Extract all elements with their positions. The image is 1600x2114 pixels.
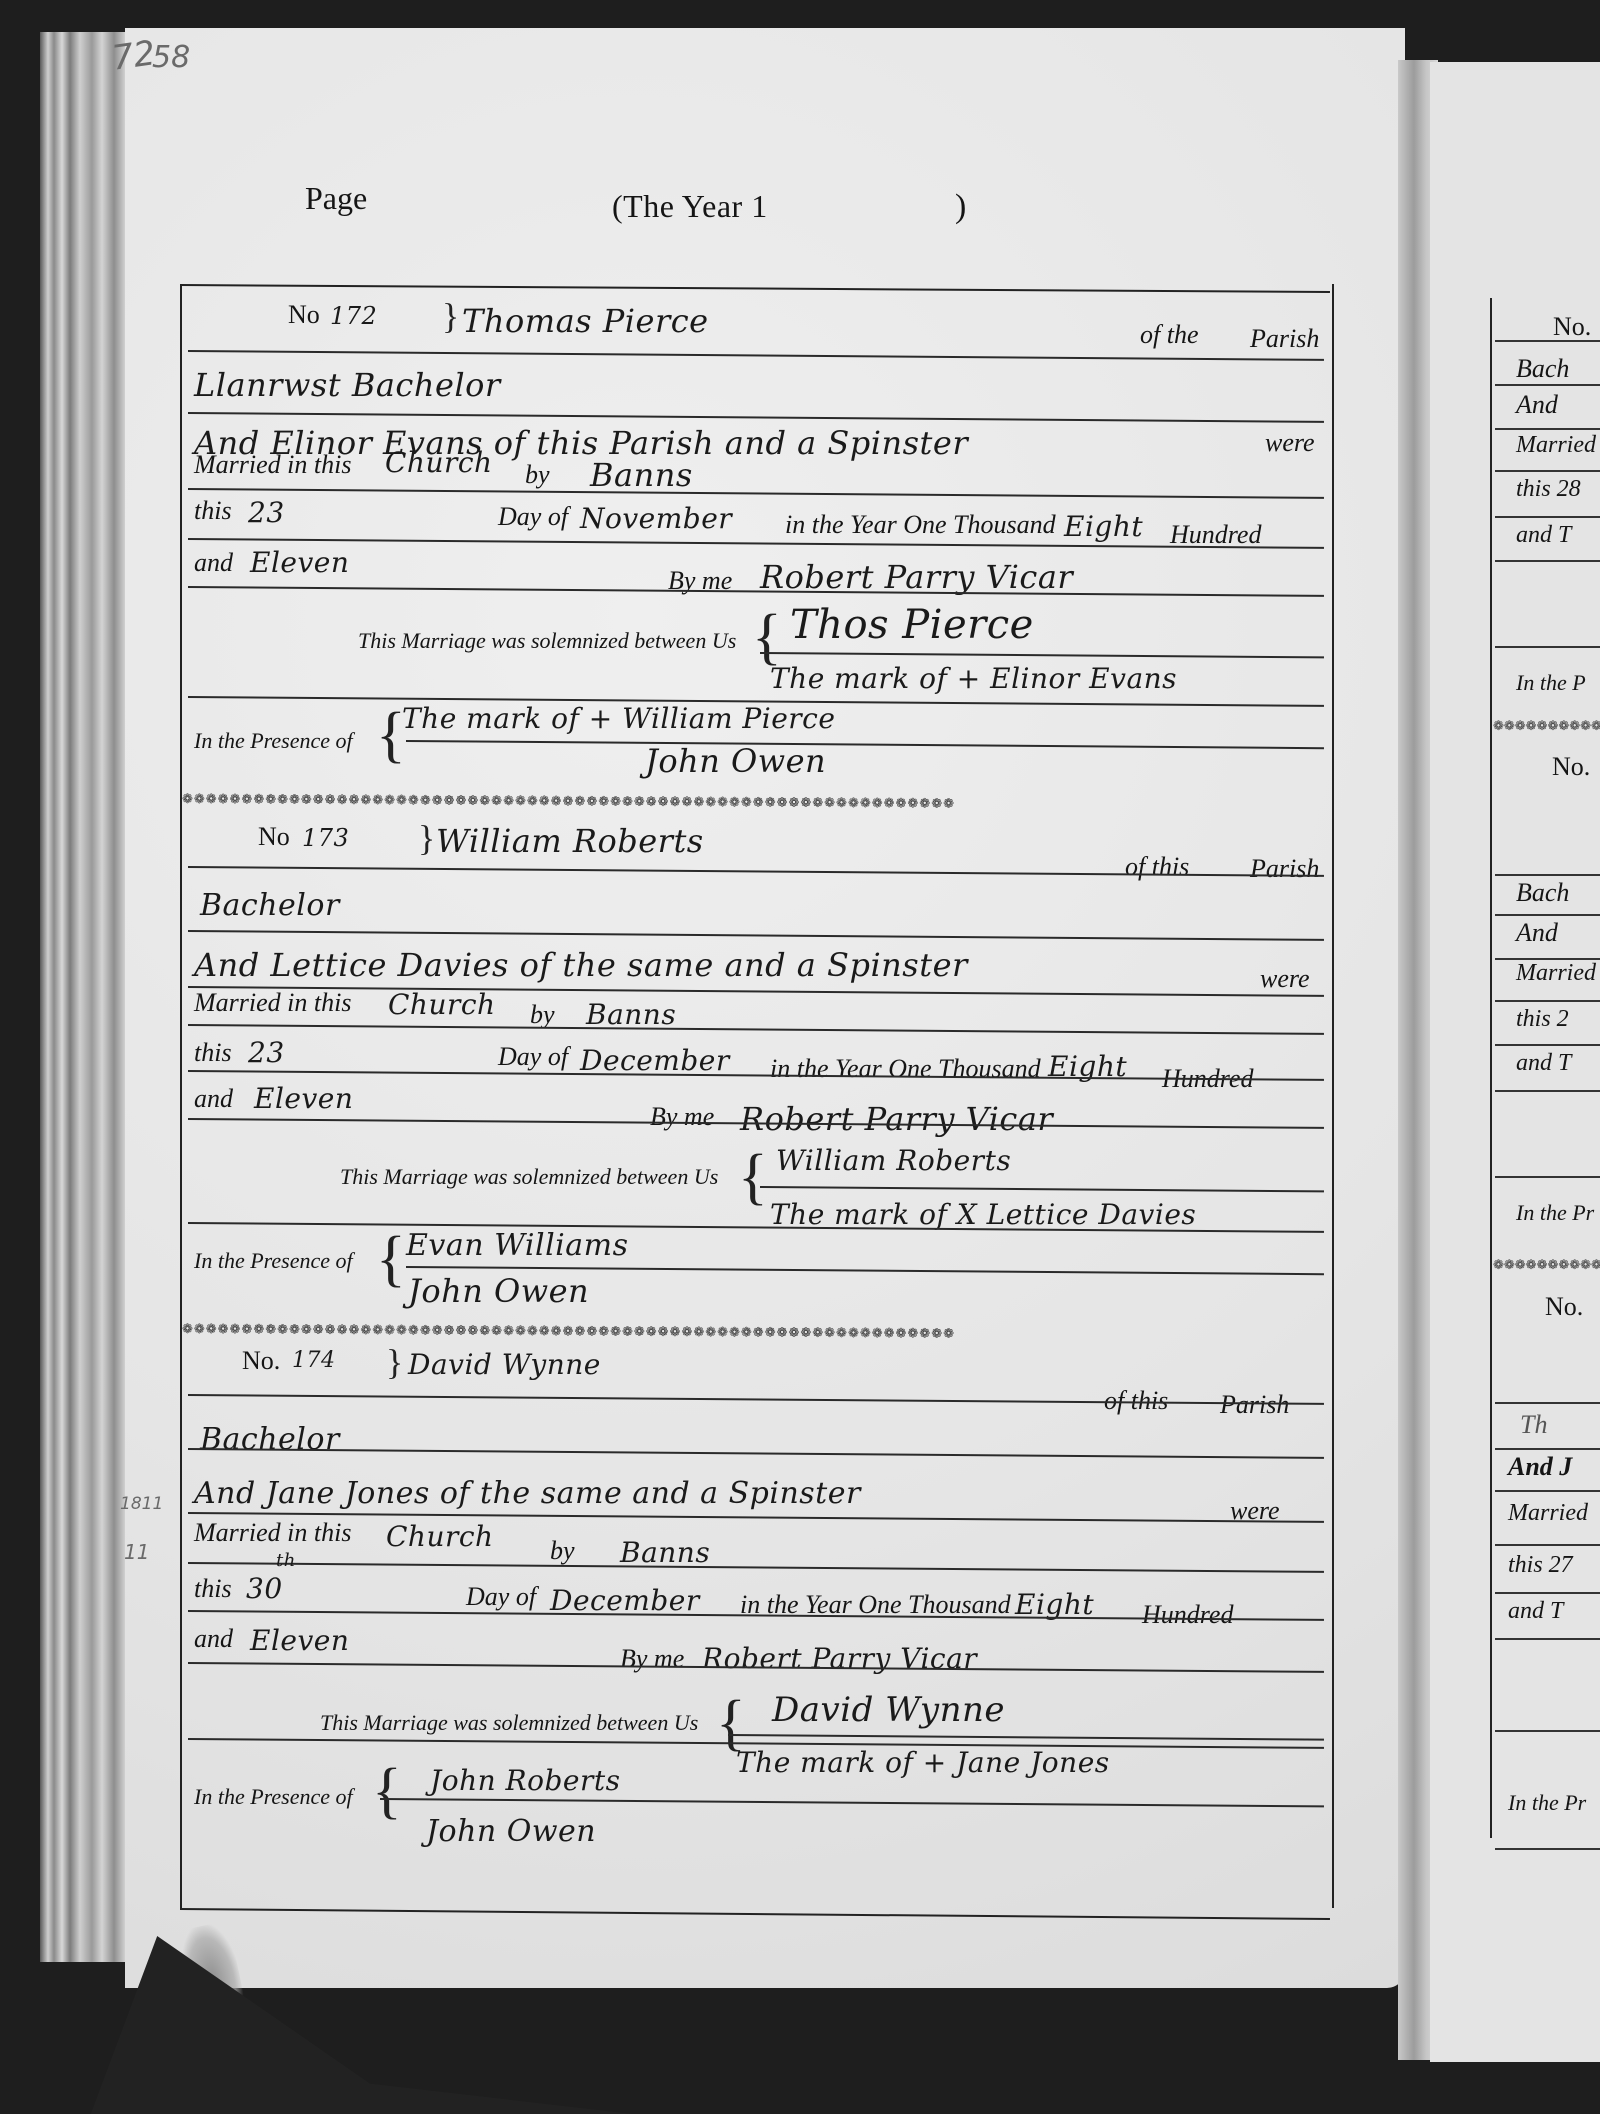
rule	[1495, 646, 1600, 648]
of-this-label: of this	[1125, 852, 1189, 882]
rule	[1495, 1638, 1600, 1640]
brace: }	[386, 1344, 403, 1380]
page-label: Page	[305, 180, 367, 217]
of-this-label: of the	[1140, 320, 1199, 350]
rule	[1495, 1176, 1600, 1178]
rule	[760, 652, 1324, 658]
facing-entry-and: and T	[1516, 522, 1571, 549]
entry-number: 174	[292, 1348, 336, 1373]
rule	[188, 1562, 1324, 1573]
this-label: this	[194, 1038, 232, 1068]
witness-1: John Roberts	[430, 1764, 621, 1797]
presence-label: In the Presence of	[194, 1784, 353, 1810]
by-me-label: By me	[650, 1102, 714, 1132]
rule	[188, 1448, 1324, 1459]
rule	[380, 1798, 1324, 1807]
rule	[1495, 1402, 1600, 1404]
rule	[406, 740, 1324, 749]
groom-name: William Roberts	[436, 822, 704, 860]
marriage-entry-173: No 173 } William Roberts of this Parish …	[180, 808, 1330, 1328]
day-of-label: Day of	[466, 1582, 536, 1612]
brace: {	[738, 1146, 768, 1208]
by-label: by	[530, 1000, 555, 1030]
facing-entry-presence: In the Pr	[1516, 1200, 1594, 1226]
rule	[1495, 1848, 1600, 1850]
rule	[1495, 428, 1600, 430]
facing-entry-married: Married	[1516, 432, 1596, 459]
this-label: this	[194, 1574, 232, 1604]
witness-1: The mark of + William Pierce	[402, 702, 835, 735]
brace: {	[376, 1228, 406, 1290]
rule	[1495, 516, 1600, 518]
facing-entry-this: this 27	[1508, 1552, 1573, 1579]
signature-bride: The mark of X Lettice Davies	[770, 1198, 1196, 1231]
rule	[1495, 1592, 1600, 1594]
and-label: and	[194, 1084, 233, 1114]
rule	[1495, 1490, 1600, 1492]
solemnized-label: This Marriage was solemnized between Us	[320, 1710, 698, 1736]
rule	[188, 412, 1324, 423]
married-in-label: Married in this	[194, 450, 351, 480]
rule	[188, 1024, 1324, 1035]
rule	[1495, 560, 1600, 562]
presence-label: In the Presence of	[194, 1248, 353, 1274]
marriage-place: Church	[385, 446, 493, 479]
year-word: Eleven	[250, 546, 349, 579]
witness-1: Evan Williams	[406, 1228, 629, 1263]
year-phrase-label: in the Year One Thousand	[770, 1054, 1041, 1084]
witness-2: John Owen	[408, 1272, 589, 1310]
groom-name: Thomas Pierce	[462, 302, 709, 340]
rule	[188, 1070, 1324, 1081]
brace: }	[442, 298, 459, 334]
folio-pencil-note: 72	[109, 33, 157, 79]
marriage-place: Church	[386, 1520, 494, 1553]
signature-bride: The mark of + Jane Jones	[736, 1746, 1110, 1779]
facing-entry-line2: And	[1516, 918, 1558, 948]
facing-page-frame	[1490, 298, 1492, 1838]
rule	[1495, 1544, 1600, 1546]
entry-number: 172	[330, 302, 377, 330]
year-word: Eleven	[250, 1624, 349, 1657]
solemnized-label: This Marriage was solemnized between Us	[340, 1164, 718, 1190]
marriage-month: November	[580, 502, 732, 535]
rule	[1495, 340, 1600, 342]
entry-no-label: No	[288, 300, 320, 330]
groom-parish-status: Bachelor	[200, 888, 340, 923]
brace: {	[716, 1692, 746, 1754]
bride-line: And Jane Jones of the same and a Spinste…	[194, 1476, 861, 1511]
were-label: were	[1260, 964, 1310, 994]
year-margin-note: 1811	[120, 1494, 163, 1514]
marriage-entry-174: No. 174 } David Wynne of this Parish Bac…	[180, 1336, 1330, 1896]
and-label: and	[194, 1624, 233, 1654]
by-me-label: By me	[620, 1644, 684, 1674]
this-label: this	[194, 496, 232, 526]
officiant: Robert Parry Vicar	[740, 1100, 1053, 1138]
marriage-place: Church	[388, 988, 496, 1021]
signature-bride: The mark of + Elinor Evans	[770, 662, 1177, 695]
signature-groom: Thos Pierce	[790, 602, 1034, 648]
parish-label: Parish	[1250, 324, 1319, 354]
facing-entry-line1: Bach	[1516, 354, 1569, 384]
marriage-month: December	[580, 1044, 730, 1077]
facing-entry-line1: Th	[1520, 1410, 1547, 1440]
rule	[1495, 1730, 1600, 1732]
facing-entry-presence: In the P	[1516, 670, 1586, 696]
rule	[728, 1734, 1324, 1741]
rule	[188, 350, 1324, 361]
facing-entry-no: No.	[1553, 312, 1591, 342]
by-label: by	[525, 460, 550, 490]
groom-parish-status: Llanrwst Bachelor	[194, 366, 501, 404]
witness-2: John Owen	[645, 742, 826, 780]
rule	[760, 1186, 1324, 1192]
day-of-label: Day of	[498, 1042, 568, 1072]
year-label: (The Year 1	[612, 188, 768, 225]
year-phrase-label: in the Year One Thousand	[785, 510, 1056, 540]
rule	[1495, 1044, 1600, 1046]
facing-entry-no: No.	[1552, 752, 1590, 782]
rule	[1495, 470, 1600, 472]
by-label: by	[550, 1536, 575, 1566]
facing-entry-line1: Bach	[1516, 878, 1569, 908]
rule	[1495, 1000, 1600, 1002]
witness-2: John Owen	[426, 1814, 596, 1849]
and-label: and	[194, 548, 233, 578]
signature-groom: David Wynne	[772, 1690, 1005, 1730]
rule	[1495, 1448, 1600, 1450]
bride-line: And Lettice Davies of the same and a Spi…	[194, 946, 968, 984]
right-page	[1430, 62, 1600, 2062]
facing-entry-this: this 28	[1516, 476, 1581, 503]
ornament-divider: ❁❁❁❁❁❁❁❁❁❁❁❁❁❁❁❁❁❁❁❁❁❁❁❁❁❁❁❁❁❁❁❁❁❁❁❁❁❁❁❁…	[1493, 719, 1600, 734]
facing-entry-presence: In the Pr	[1508, 1790, 1586, 1816]
entry-no-label: No	[258, 822, 290, 852]
brace: {	[752, 606, 782, 668]
facing-entry-line2: And J	[1508, 1452, 1572, 1482]
marriage-method: Banns	[620, 1536, 710, 1569]
parish-label: Parish	[1250, 854, 1319, 884]
signature-groom: William Roberts	[776, 1144, 1011, 1177]
hundred-label: Hundred	[1142, 1600, 1233, 1630]
facing-entry-this: this 2	[1516, 1006, 1569, 1033]
day-of-label: Day of	[498, 502, 568, 532]
facing-entry-no: No.	[1545, 1292, 1583, 1322]
rule	[188, 586, 1324, 597]
century-word: Eight	[1064, 510, 1143, 543]
year-margin-note-short: 11	[124, 1540, 149, 1564]
marriage-method: Banns	[586, 998, 676, 1031]
year-word: Eleven	[254, 1082, 353, 1115]
rule	[1495, 384, 1600, 386]
presence-label: In the Presence of	[194, 728, 353, 754]
marriage-day: 30	[246, 1572, 283, 1605]
rule	[188, 930, 1324, 941]
marriage-day-suffix: th	[276, 1550, 296, 1571]
year-label-close: )	[955, 188, 966, 226]
married-in-label: Married in this	[194, 1518, 351, 1548]
parish-label: Parish	[1220, 1390, 1289, 1420]
solemnized-label: This Marriage was solemnized between Us	[358, 628, 736, 654]
brace: {	[372, 1760, 402, 1822]
facing-entry-and: and T	[1508, 1598, 1563, 1625]
ornament-divider: ❁❁❁❁❁❁❁❁❁❁❁❁❁❁❁❁❁❁❁❁❁❁❁❁❁❁❁❁❁❁❁❁❁❁❁❁❁❁❁❁…	[1493, 1258, 1600, 1273]
rule	[188, 986, 1324, 997]
facing-entry-married: Married	[1516, 960, 1596, 987]
rule	[188, 488, 1324, 499]
groom-name: David Wynne	[408, 1348, 601, 1381]
page-number-pencil-note: 58	[152, 40, 190, 75]
rule	[1495, 914, 1600, 916]
marriage-method: Banns	[590, 456, 693, 494]
facing-entry-married: Married	[1508, 1500, 1588, 1527]
marriage-day: 23	[248, 1036, 285, 1069]
rule	[1495, 874, 1600, 876]
brace: }	[418, 820, 435, 856]
marriage-day: 23	[248, 496, 285, 529]
groom-parish-status: Bachelor	[200, 1422, 340, 1457]
were-label: were	[1265, 428, 1315, 458]
rule	[188, 538, 1324, 549]
facing-entry-and: and T	[1516, 1050, 1571, 1077]
marriage-entry-172: No 172 } Thomas Pierce of the Parish Lla…	[180, 284, 1330, 804]
entry-number: 173	[302, 824, 349, 852]
rule	[188, 1512, 1324, 1523]
officiant: Robert Parry Vicar	[702, 1642, 977, 1675]
married-in-label: Married in this	[194, 988, 351, 1018]
facing-entry-line2: And	[1516, 390, 1558, 420]
rule	[1495, 1090, 1600, 1092]
entry-no-label: No.	[242, 1346, 280, 1376]
